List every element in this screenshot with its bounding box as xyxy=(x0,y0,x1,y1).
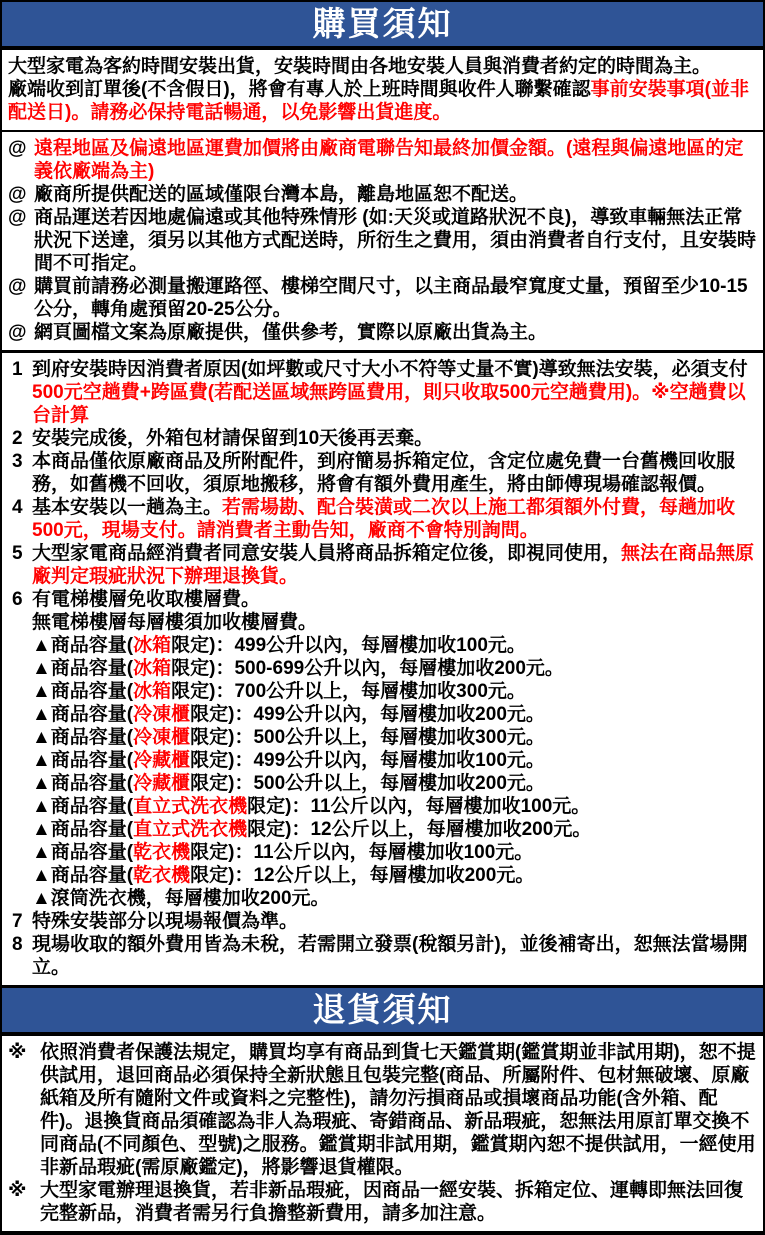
item-body: 商品運送若因地處偏遠或其他特殊情形 (如:天災或道路狀況不良)，導致車輛無法正常… xyxy=(34,206,757,275)
notice-item: @商品運送若因地處偏遠或其他特殊情形 (如:天災或道路狀況不良)，導致車輛無法正… xyxy=(8,206,757,275)
text-segment: ▲商品容量( xyxy=(32,727,133,748)
text-segment: ▲滾筒洗衣機，每層樓加收200元。 xyxy=(32,888,330,909)
item-marker: @ xyxy=(8,206,34,229)
text-segment: ▲商品容量( xyxy=(32,865,133,886)
text-segment: 限定)：499公升以內，每層樓加收100元。 xyxy=(171,635,526,656)
intro-paragraph: 廠端收到訂單後(不含假日)，將會有專人於上班時間與收件人聯繫確認事前安裝事項(並… xyxy=(8,78,757,124)
highlighted-text-segment: 冰箱 xyxy=(133,658,171,679)
notice-item: 4基本安裝以一趟為主。若需場勘、配合裝潢或二次以上施工都須額外付費，每趟加收50… xyxy=(8,496,757,542)
item-body: 遠程地區及偏遠地區運費加價將由廠商電聯告知最終加價金額。(遠程與偏遠地區的定義依… xyxy=(34,137,757,183)
text-segment: ▲商品容量( xyxy=(32,704,133,725)
text-segment: 限定)：11公斤以內，每層樓加收100元。 xyxy=(190,842,533,863)
item-marker: 6 xyxy=(8,588,32,611)
text-segment: 網頁圖檔文案為原廠提供，僅供參考，實際以原廠出貨為主。 xyxy=(34,322,547,343)
notice-item: ※大型家電辦理退換貨，若非新品瑕疵，因商品一經安裝、拆箱定位、運轉即無法回復完整… xyxy=(8,1179,757,1225)
text-segment: 大型家電辦理退換貨，若非新品瑕疵，因商品一經安裝、拆箱定位、運轉即無法回復完整新… xyxy=(40,1180,743,1224)
notice-item: 6有電梯樓層免收取樓層費。無電梯樓層每層樓須加收樓層費。▲商品容量(冰箱限定)：… xyxy=(8,588,757,910)
text-segment: ▲商品容量( xyxy=(32,773,133,794)
text-segment: 廠端收到訂單後(不含假日)，將會有專人於上班時間與收件人聯繫確認 xyxy=(8,79,591,100)
item-subline: 無電梯樓層每層樓須加收樓層費。 xyxy=(32,611,757,634)
highlighted-text-segment: 乾衣機 xyxy=(133,865,190,886)
item-text: 安裝完成後，外箱包材請保留到10天後再丟棄。 xyxy=(32,427,757,450)
item-marker: @ xyxy=(8,321,34,344)
item-marker: @ xyxy=(8,275,34,298)
item-subline: ▲商品容量(冷凍櫃限定)：499公升以內，每層樓加收200元。 xyxy=(32,703,757,726)
item-marker: @ xyxy=(8,137,34,160)
return-rules-section: ※依照消費者保護法規定，購買均享有商品到貨七天鑑賞期(鑑賞期並非試用期)，恕不提… xyxy=(2,1036,763,1231)
notice-item: @遠程地區及偏遠地區運費加價將由廠商電聯告知最終加價金額。(遠程與偏遠地區的定義… xyxy=(8,137,757,183)
text-segment: ▲商品容量( xyxy=(32,681,133,702)
item-marker: 7 xyxy=(8,910,32,933)
item-body: 購買前請務必測量搬運路徑、樓梯空間尺寸，以主商品最窄寬度丈量，預留至少10-15… xyxy=(34,275,757,321)
item-text: 本商品僅依原廠商品及所附配件，到府簡易拆箱定位，含定位處免費一台舊機回收服務，如… xyxy=(32,450,757,496)
item-body: 特殊安裝部分以現場報價為準。 xyxy=(32,910,757,933)
item-body: 安裝完成後，外箱包材請保留到10天後再丟棄。 xyxy=(32,427,757,450)
item-marker: 3 xyxy=(8,450,32,473)
text-segment: 限定)：499公升以內，每層樓加收200元。 xyxy=(190,704,545,725)
notice-item: @購買前請務必測量搬運路徑、樓梯空間尺寸，以主商品最窄寬度丈量，預留至少10-1… xyxy=(8,275,757,321)
highlighted-text-segment: 冰箱 xyxy=(133,635,171,656)
text-segment: ▲商品容量( xyxy=(32,750,133,771)
text-segment: ▲商品容量( xyxy=(32,635,133,656)
item-subline: ▲商品容量(冰箱限定)：700公升以上，每層樓加收300元。 xyxy=(32,680,757,703)
notice-item: ※依照消費者保護法規定，購買均享有商品到貨七天鑑賞期(鑑賞期並非試用期)，恕不提… xyxy=(8,1041,757,1179)
item-text: 網頁圖檔文案為原廠提供，僅供參考，實際以原廠出貨為主。 xyxy=(34,321,757,344)
item-text: 到府安裝時因消費者原因(如坪數或尺寸大小不符等丈量不實)導致無法安裝，必須支付5… xyxy=(32,358,757,427)
item-body: 本商品僅依原廠商品及所附配件，到府簡易拆箱定位，含定位處免費一台舊機回收服務，如… xyxy=(32,450,757,496)
text-segment: ▲商品容量( xyxy=(32,796,133,817)
text-segment: 有電梯樓層免收取樓層費。 xyxy=(32,589,260,610)
highlighted-text-segment: 直立式洗衣機 xyxy=(133,819,247,840)
text-segment: 現場收取的額外費用皆為未稅，若需開立發票(稅額另計)，並後補寄出，恕無法當場開立… xyxy=(32,934,748,978)
item-marker: ※ xyxy=(8,1179,40,1202)
item-marker: 1 xyxy=(8,358,32,381)
item-body: 廠商所提供配送的區域僅限台灣本島，離島地區恕不配送。 xyxy=(34,183,757,206)
item-marker: 2 xyxy=(8,427,32,450)
notice-item: @廠商所提供配送的區域僅限台灣本島，離島地區恕不配送。 xyxy=(8,183,757,206)
text-segment: ▲商品容量( xyxy=(32,842,133,863)
highlighted-text-segment: 冷藏櫃 xyxy=(133,750,190,771)
item-text: 特殊安裝部分以現場報價為準。 xyxy=(32,910,757,933)
item-subline: ▲商品容量(冰箱限定)：500-699公升以內，每層樓加收200元。 xyxy=(32,657,757,680)
item-text: 基本安裝以一趟為主。若需場勘、配合裝潢或二次以上施工都須額外付費，每趟加收500… xyxy=(32,496,757,542)
highlighted-text-segment: 冷凍櫃 xyxy=(133,704,190,725)
item-marker: ※ xyxy=(8,1041,40,1064)
text-segment: 限定)：700公升以上，每層樓加收300元。 xyxy=(171,681,526,702)
item-body: 大型家電辦理退換貨，若非新品瑕疵，因商品一經安裝、拆箱定位、運轉即無法回復完整新… xyxy=(40,1179,757,1225)
item-text: 大型家電商品經消費者同意安裝人員將商品拆箱定位後，即視同使用，無法在商品無原廠判… xyxy=(32,542,757,588)
item-text: 遠程地區及偏遠地區運費加價將由廠商電聯告知最終加價金額。(遠程與偏遠地區的定義依… xyxy=(34,137,757,183)
item-subline: ▲商品容量(直立式洗衣機限定)：11公斤以內，每層樓加收100元。 xyxy=(32,795,757,818)
item-subline: ▲商品容量(冰箱限定)：499公升以內，每層樓加收100元。 xyxy=(32,634,757,657)
item-subline: ▲商品容量(冷凍櫃限定)：500公升以上，每層樓加收300元。 xyxy=(32,726,757,749)
item-text: 商品運送若因地處偏遠或其他特殊情形 (如:天災或道路狀況不良)，導致車輛無法正常… xyxy=(34,206,757,275)
item-marker: @ xyxy=(8,183,34,206)
text-segment: 本商品僅依原廠商品及所附配件，到府簡易拆箱定位，含定位處免費一台舊機回收服務，如… xyxy=(32,451,735,495)
return-notice-header: 退貨須知 xyxy=(2,985,763,1036)
notice-item: 8現場收取的額外費用皆為未稅，若需開立發票(稅額另計)，並後補寄出，恕無法當場開… xyxy=(8,933,757,979)
item-subline: ▲商品容量(冷藏櫃限定)：499公升以內，每層樓加收100元。 xyxy=(32,749,757,772)
item-text: 購買前請務必測量搬運路徑、樓梯空間尺寸，以主商品最窄寬度丈量，預留至少10-15… xyxy=(34,275,757,321)
text-segment: 廠商所提供配送的區域僅限台灣本島，離島地區恕不配送。 xyxy=(34,184,528,205)
item-body: 現場收取的額外費用皆為未稅，若需開立發票(稅額另計)，並後補寄出，恕無法當場開立… xyxy=(32,933,757,979)
return-notice-title: 退貨須知 xyxy=(313,991,453,1028)
notice-item: 3本商品僅依原廠商品及所附配件，到府簡易拆箱定位，含定位處免費一台舊機回收服務，… xyxy=(8,450,757,496)
text-segment: ▲商品容量( xyxy=(32,658,133,679)
text-segment: 限定)：11公斤以內，每層樓加收100元。 xyxy=(247,796,590,817)
text-segment: 限定)：12公斤以上，每層樓加收200元。 xyxy=(247,819,591,840)
item-subline: ▲商品容量(乾衣機限定)：11公斤以內，每層樓加收100元。 xyxy=(32,841,757,864)
text-segment: 限定)：12公斤以上，每層樓加收200元。 xyxy=(190,865,534,886)
text-segment: 到府安裝時因消費者原因(如坪數或尺寸大小不符等丈量不實)導致無法安裝，必須支付 xyxy=(32,359,748,380)
text-segment: 大型家電商品經消費者同意安裝人員將商品拆箱定位後，即視同使用， xyxy=(32,543,621,564)
notice-document: 購買須知 大型家電為客約時間安裝出貨，安裝時間由各地安裝人員與消費者約定的時間為… xyxy=(0,0,765,1235)
item-text: 有電梯樓層免收取樓層費。 xyxy=(32,588,757,611)
item-subline: ▲商品容量(冷藏櫃限定)：500公升以上，每層樓加收200元。 xyxy=(32,772,757,795)
item-subline: ▲商品容量(直立式洗衣機限定)：12公斤以上，每層樓加收200元。 xyxy=(32,818,757,841)
text-segment: ▲商品容量( xyxy=(32,819,133,840)
item-text: 現場收取的額外費用皆為未稅，若需開立發票(稅額另計)，並後補寄出，恕無法當場開立… xyxy=(32,933,757,979)
text-segment: 無電梯樓層每層樓須加收樓層費。 xyxy=(32,612,317,633)
text-segment: 商品運送若因地處偏遠或其他特殊情形 (如:天災或道路狀況不良)，導致車輛無法正常… xyxy=(34,207,756,274)
item-body: 基本安裝以一趟為主。若需場勘、配合裝潢或二次以上施工都須額外付費，每趟加收500… xyxy=(32,496,757,542)
highlighted-text-segment: 直立式洗衣機 xyxy=(133,796,247,817)
text-segment: 大型家電為客約時間安裝出貨，安裝時間由各地安裝人員與消費者約定的時間為主。 xyxy=(8,56,711,77)
highlighted-text-segment: 冰箱 xyxy=(133,681,171,702)
item-body: 大型家電商品經消費者同意安裝人員將商品拆箱定位後，即視同使用，無法在商品無原廠判… xyxy=(32,542,757,588)
delivery-notes-section: @遠程地區及偏遠地區運費加價將由廠商電聯告知最終加價金額。(遠程與偏遠地區的定義… xyxy=(2,132,763,353)
purchase-notice-title: 購買須知 xyxy=(313,5,453,42)
item-body: 有電梯樓層免收取樓層費。無電梯樓層每層樓須加收樓層費。▲商品容量(冰箱限定)：4… xyxy=(32,588,757,910)
item-marker: 4 xyxy=(8,496,32,519)
text-segment: 依照消費者保護法規定，購買均享有商品到貨七天鑑賞期(鑑賞期並非試用期)，恕不提供… xyxy=(40,1042,756,1178)
installation-rules-section: 1到府安裝時因消費者原因(如坪數或尺寸大小不符等丈量不實)導致無法安裝，必須支付… xyxy=(2,353,763,985)
notice-item: 5大型家電商品經消費者同意安裝人員將商品拆箱定位後，即視同使用，無法在商品無原廠… xyxy=(8,542,757,588)
highlighted-text-segment: 冷凍櫃 xyxy=(133,727,190,748)
notice-item: @網頁圖檔文案為原廠提供，僅供參考，實際以原廠出貨為主。 xyxy=(8,321,757,344)
text-segment: 限定)：500-699公升以內，每層樓加收200元。 xyxy=(171,658,564,679)
notice-item: 2安裝完成後，外箱包材請保留到10天後再丟棄。 xyxy=(8,427,757,450)
item-subline: ▲滾筒洗衣機，每層樓加收200元。 xyxy=(32,887,757,910)
text-segment: 購買前請務必測量搬運路徑、樓梯空間尺寸，以主商品最窄寬度丈量，預留至少10-15… xyxy=(34,276,748,320)
purchase-notice-header: 購買須知 xyxy=(2,2,763,50)
item-marker: 5 xyxy=(8,542,32,565)
item-body: 網頁圖檔文案為原廠提供，僅供參考，實際以原廠出貨為主。 xyxy=(34,321,757,344)
item-subline: ▲商品容量(乾衣機限定)：12公斤以上，每層樓加收200元。 xyxy=(32,864,757,887)
purchase-intro-section: 大型家電為客約時間安裝出貨，安裝時間由各地安裝人員與消費者約定的時間為主。廠端收… xyxy=(2,50,763,132)
highlighted-text-segment: 乾衣機 xyxy=(133,842,190,863)
item-text: 大型家電辦理退換貨，若非新品瑕疵，因商品一經安裝、拆箱定位、運轉即無法回復完整新… xyxy=(40,1179,757,1225)
text-segment: 限定)：499公升以內，每層樓加收100元。 xyxy=(190,750,545,771)
item-body: 依照消費者保護法規定，購買均享有商品到貨七天鑑賞期(鑑賞期並非試用期)，恕不提供… xyxy=(40,1041,757,1179)
highlighted-text-segment: 冷藏櫃 xyxy=(133,773,190,794)
text-segment: 限定)：500公升以上，每層樓加收200元。 xyxy=(190,773,545,794)
highlighted-text-segment: 遠程地區及偏遠地區運費加價將由廠商電聯告知最終加價金額。(遠程與偏遠地區的定義依… xyxy=(34,138,743,182)
notice-item: 1到府安裝時因消費者原因(如坪數或尺寸大小不符等丈量不實)導致無法安裝，必須支付… xyxy=(8,358,757,427)
intro-paragraph: 大型家電為客約時間安裝出貨，安裝時間由各地安裝人員與消費者約定的時間為主。 xyxy=(8,55,757,78)
item-marker: 8 xyxy=(8,933,32,956)
item-text: 依照消費者保護法規定，購買均享有商品到貨七天鑑賞期(鑑賞期並非試用期)，恕不提供… xyxy=(40,1041,757,1179)
notice-item: 7特殊安裝部分以現場報價為準。 xyxy=(8,910,757,933)
item-body: 到府安裝時因消費者原因(如坪數或尺寸大小不符等丈量不實)導致無法安裝，必須支付5… xyxy=(32,358,757,427)
highlighted-text-segment: 500元空趟費+跨區費(若配送區域無跨區費用，則只收取500元空趟費用)。※空趟… xyxy=(32,382,746,426)
text-segment: 特殊安裝部分以現場報價為準。 xyxy=(32,911,298,932)
text-segment: 基本安裝以一趟為主。 xyxy=(32,497,222,518)
item-text: 廠商所提供配送的區域僅限台灣本島，離島地區恕不配送。 xyxy=(34,183,757,206)
text-segment: 限定)：500公升以上，每層樓加收300元。 xyxy=(190,727,545,748)
text-segment: 安裝完成後，外箱包材請保留到10天後再丟棄。 xyxy=(32,428,433,449)
